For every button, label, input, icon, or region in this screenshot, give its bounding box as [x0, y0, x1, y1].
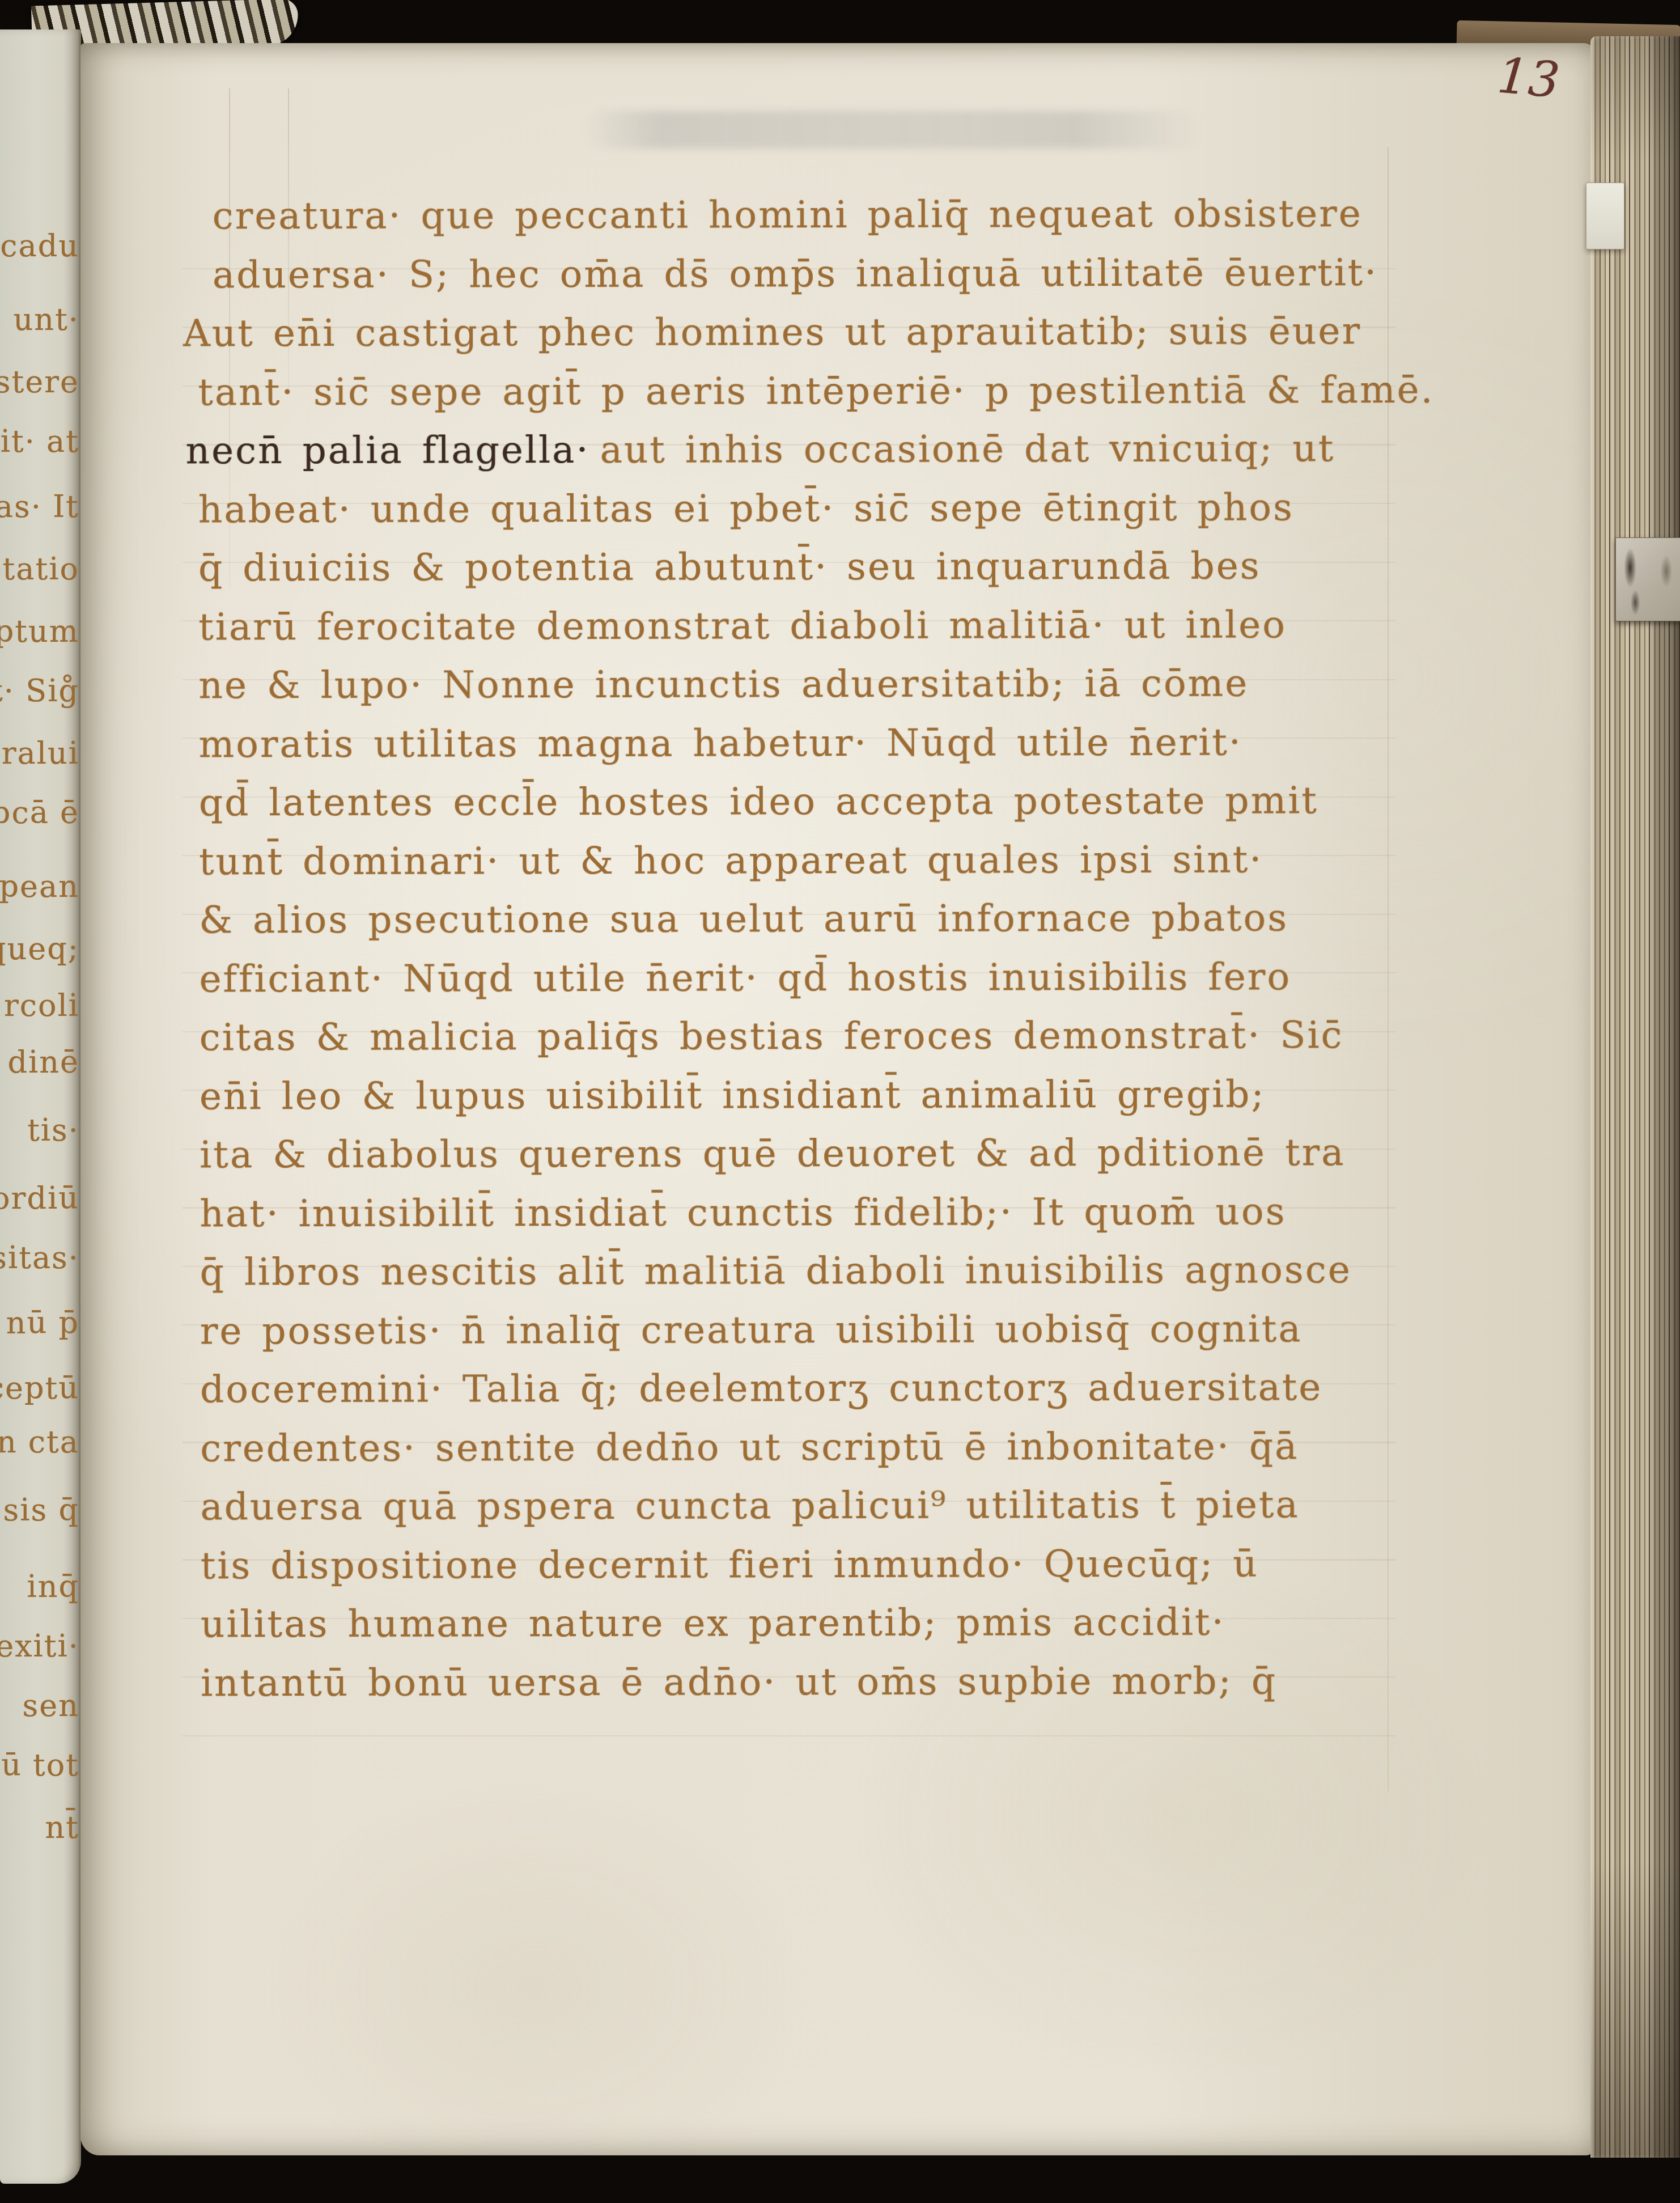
manuscript-text-line-text: moratis utilitas magna habetur· Nūqd uti…: [199, 720, 1242, 766]
manuscript-text-line: tis dispositione decernit fieri inmundo·…: [201, 1541, 1259, 1587]
manuscript-text-line-text: q̄ diuiciis & potentia abutunt̄· seu inq…: [198, 544, 1261, 590]
manuscript-text-line: tunt̄ dominari· ut & hoc appareat quales…: [199, 837, 1263, 883]
manuscript-text-line: Aut en̄i castigat phec homines ut apraui…: [183, 309, 1361, 355]
manuscript-text-line: tiarū ferocitate demonstrat diaboli mali…: [198, 603, 1287, 649]
manuscript-text-line: q̄ diuiciis & potentia abutunt̄· seu inq…: [198, 544, 1261, 590]
manuscript-text-line-text: uilitas humane nature ex parentib; pmis …: [201, 1600, 1225, 1646]
manuscript-text-line: hat· inuisibilit̄ insidiat̄ cunctis fide…: [200, 1189, 1286, 1235]
manuscript-text-line-text: hat· inuisibilit̄ insidiat̄ cunctis fide…: [200, 1189, 1286, 1235]
manuscript-text-line-text: tis dispositione decernit fieri inmundo·…: [201, 1541, 1259, 1587]
manuscript-text-line: uilitas humane nature ex parentib; pmis …: [201, 1600, 1225, 1646]
manuscript-text-line-text: aut inhis occasionē dat vnicuiq; ut: [600, 426, 1335, 472]
manuscript-text-line: creatura· que peccanti homini paliq̄ neq…: [213, 192, 1363, 238]
manuscript-text-line: citas & malicia paliq̄s bestias feroces …: [200, 1013, 1344, 1059]
manuscript-text-line: efficiant· Nūqd utile n̄erit· qd̄ hostis…: [199, 955, 1291, 1001]
manuscript-text-line-text: ita & diabolus querens quē deuoret & ad …: [200, 1130, 1345, 1176]
manuscript-text-line: qd̄ latentes eccl̄e hostes ideo accepta …: [199, 778, 1318, 824]
manuscript-text-line: en̄i leo & lupus uisibilit̄ insidiant̄ a…: [200, 1072, 1266, 1118]
manuscript-text-line-text: Aut en̄i castigat phec homines ut apraui…: [183, 309, 1361, 355]
manuscript-text-line-text: ne & lupo· Nonne incunctis aduersitatib;…: [198, 661, 1249, 707]
manuscript-text-line-text: aduersa quā pspera cuncta palicui⁹ utili…: [200, 1482, 1300, 1528]
manuscript-text-line: aduersa· S; hec om̄a ds̄ omp̄s inaliquā …: [213, 251, 1378, 296]
manuscript-text-line: intantū bonū uersa ē adn̄o· ut om̄s supb…: [201, 1659, 1277, 1705]
manuscript-text-line-text: re possetis· n̄ inaliq̄ creatura uisibil…: [200, 1307, 1303, 1353]
manuscript-text-line-text: tiarū ferocitate demonstrat diaboli mali…: [198, 603, 1287, 649]
manuscript-text-line: ita & diabolus querens quē deuoret & ad …: [200, 1130, 1345, 1176]
manuscript-text-line-text: en̄i leo & lupus uisibilit̄ insidiant̄ a…: [200, 1072, 1266, 1118]
manuscript-text-line-text: creatura· que peccanti homini paliq̄ neq…: [213, 192, 1363, 238]
manuscript-text-line-text: doceremini· Talia q̄; deelemtorʒ cunctor…: [200, 1365, 1323, 1411]
manuscript-text-line: re possetis· n̄ inaliq̄ creatura uisibil…: [200, 1307, 1303, 1353]
manuscript-text-line: necn̄ palia flagella·aut inhis occasionē…: [186, 426, 1335, 472]
manuscript-text-line-text: citas & malicia paliq̄s bestias feroces …: [200, 1013, 1344, 1059]
manuscript-text-line-text: & alios psecutione sua uelut aurū inforn…: [199, 896, 1288, 942]
manuscript-photo: ncadune unt·resisteretit· ateas· Itptati…: [0, 0, 1680, 2203]
manuscript-text-line: moratis utilitas magna habetur· Nūqd uti…: [199, 720, 1242, 766]
manuscript-text-line: aduersa quā pspera cuncta palicui⁹ utili…: [200, 1482, 1300, 1528]
manuscript-text-line: q̄ libros nescitis alit̄ malitiā diaboli…: [200, 1248, 1352, 1294]
manuscript-text-line-text: q̄ libros nescitis alit̄ malitiā diaboli…: [200, 1248, 1352, 1294]
manuscript-text-line: ne & lupo· Nonne incunctis aduersitatib;…: [198, 661, 1249, 707]
manuscript-text-line: doceremini· Talia q̄; deelemtorʒ cunctor…: [200, 1365, 1323, 1411]
manuscript-text-line: habeat· unde qualitas ei pbet̄· sic̄ sep…: [198, 485, 1294, 531]
manuscript-text-line-text: intantū bonū uersa ē adn̄o· ut om̄s supb…: [201, 1659, 1277, 1705]
fore-edge-shadow: [1644, 36, 1680, 2158]
manuscript-text-line-text: credentes· sentite dedn̄o ut scriptū ē i…: [200, 1424, 1299, 1470]
manuscript-text-line: tant̄· sic̄ sepe agit̄ p aeris intēperiē…: [198, 367, 1434, 414]
manuscript-text-line-text: habeat· unde qualitas ei pbet̄· sic̄ sep…: [198, 485, 1294, 531]
parchment-bookmark-tab-upper: [1586, 183, 1624, 249]
manuscript-text-line-text: aduersa· S; hec om̄a ds̄ omp̄s inaliquā …: [213, 251, 1378, 296]
folio-number: 13: [1495, 47, 1562, 109]
parchment-bookmark-tab-lower: [1615, 537, 1680, 621]
manuscript-text-block: creatura· que peccanti homini paliq̄ neq…: [0, 0, 1680, 2203]
manuscript-text-line-text: tant̄· sic̄ sepe agit̄ p aeris intēperiē…: [198, 367, 1434, 414]
manuscript-text-line: credentes· sentite dedn̄o ut scriptū ē i…: [200, 1424, 1299, 1470]
manuscript-text-line-text: efficiant· Nūqd utile n̄erit· qd̄ hostis…: [199, 955, 1291, 1001]
manuscript-text-line: & alios psecutione sua uelut aurū inforn…: [199, 896, 1288, 942]
manuscript-text-line-text: qd̄ latentes eccl̄e hostes ideo accepta …: [199, 778, 1318, 824]
manuscript-text-line-text: tunt̄ dominari· ut & hoc appareat quales…: [199, 837, 1263, 883]
marginal-note-dark-ink: necn̄ palia flagella·: [186, 428, 600, 473]
